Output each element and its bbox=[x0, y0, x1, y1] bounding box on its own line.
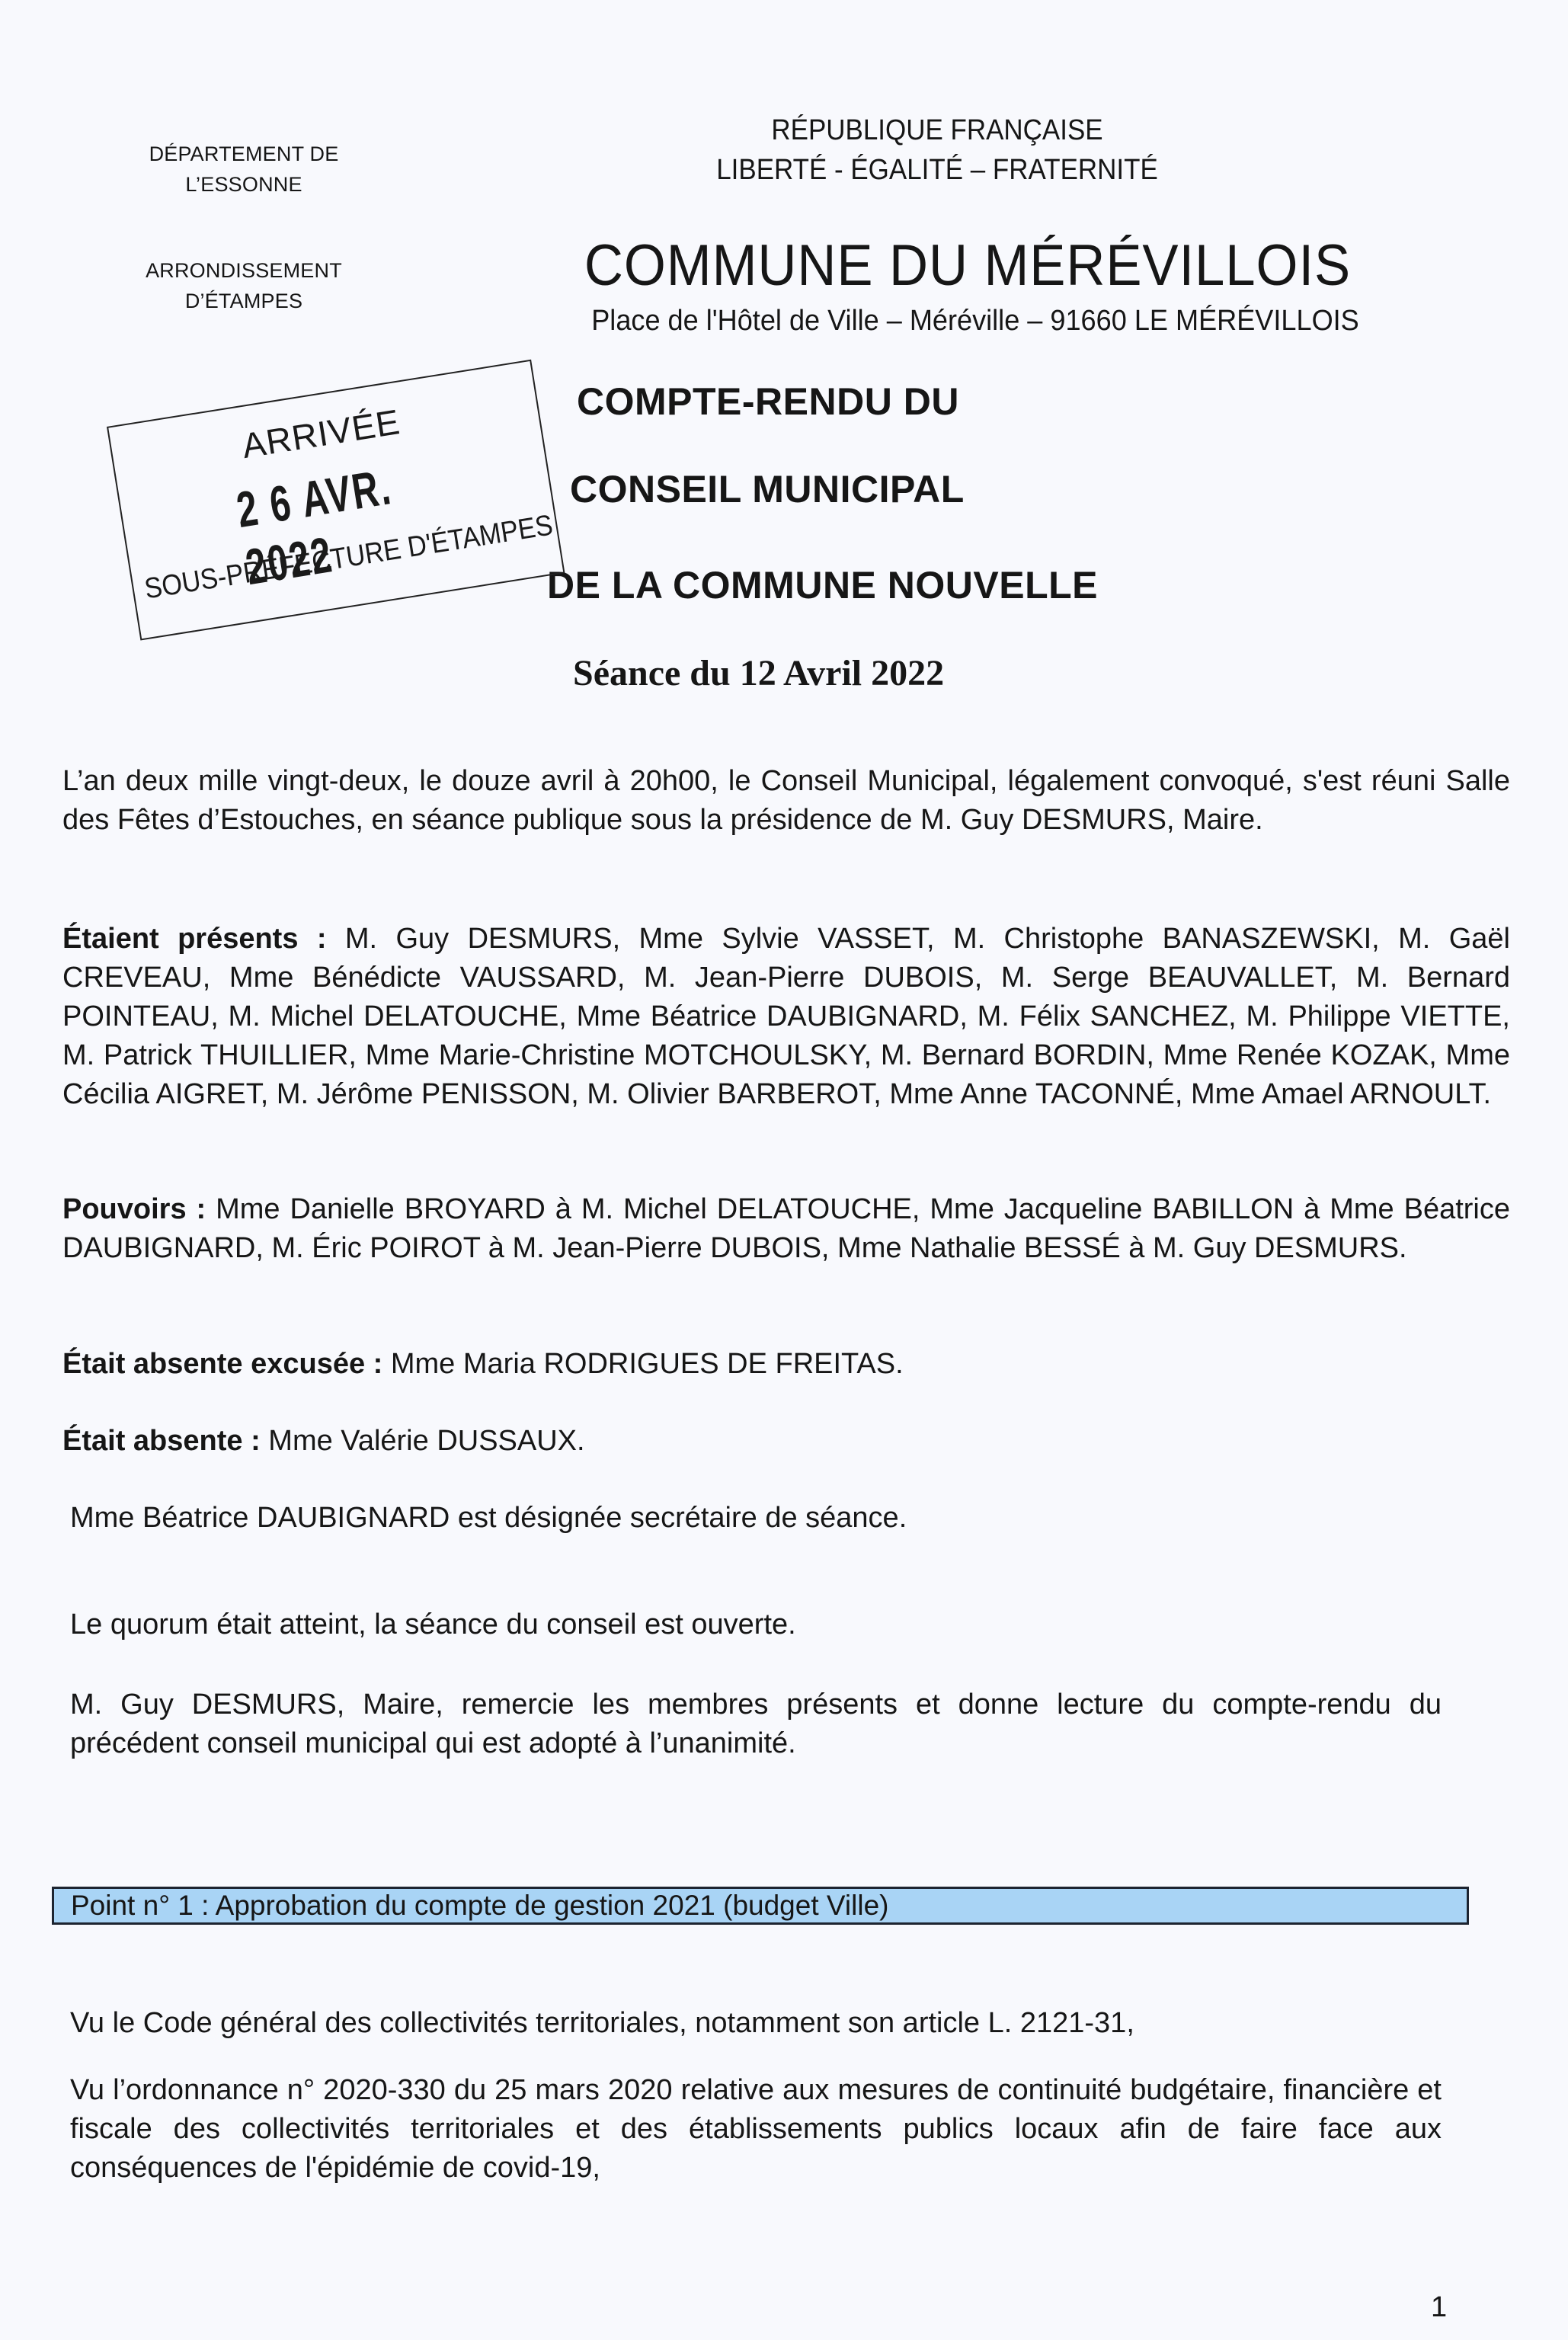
stamp-label: ARRIVÉE bbox=[239, 401, 403, 466]
report-title-line-1: COMPTE-RENDU DU bbox=[577, 379, 959, 424]
proxies-list: Mme Danielle BROYARD à M. Michel DELATOU… bbox=[62, 1193, 1510, 1264]
secretary-paragraph: Mme Béatrice DAUBIGNARD est désignée sec… bbox=[70, 1499, 1518, 1538]
arrondissement-line-2: D’ÉTAMPES bbox=[114, 286, 373, 316]
attendees-label: Étaient présents : bbox=[62, 923, 327, 955]
intro-paragraph: L’an deux mille vingt-deux, le douze avr… bbox=[62, 762, 1510, 840]
republic-heading: RÉPUBLIQUE FRANÇAISE bbox=[650, 113, 1224, 148]
republic-motto: LIBERTÉ - ÉGALITÉ – FRATERNITÉ bbox=[650, 152, 1224, 187]
proxies-label: Pouvoirs : bbox=[62, 1193, 206, 1225]
legal-reference-1: Vu le Code général des collectivités ter… bbox=[70, 2004, 1518, 2043]
report-title-line-2: CONSEIL MUNICIPAL bbox=[570, 466, 965, 512]
page-number: 1 bbox=[1431, 2290, 1447, 2325]
arrondissement-line-1: ARRONDISSEMENT bbox=[114, 255, 373, 286]
legal-reference-2: Vu l’ordonnance n° 2020-330 du 25 mars 2… bbox=[70, 2071, 1442, 2188]
department-label: DÉPARTEMENT DE L’ESSONNE bbox=[114, 139, 373, 200]
excused-absence-paragraph: Était absente excusée : Mme Maria RODRIG… bbox=[62, 1345, 1510, 1384]
excused-absence-label: Était absente excusée : bbox=[62, 1348, 382, 1380]
document-page: DÉPARTEMENT DE L’ESSONNE ARRONDISSEMENT … bbox=[0, 0, 1568, 2340]
absence-name: Mme Valérie DUSSAUX. bbox=[261, 1425, 585, 1457]
agenda-point-1-heading: Point n° 1 : Approbation du compte de ge… bbox=[52, 1887, 1469, 1925]
arrondissement-label: ARRONDISSEMENT D’ÉTAMPES bbox=[114, 255, 373, 316]
session-date: Séance du 12 Avril 2022 bbox=[573, 651, 944, 696]
commune-address: Place de l'Hôtel de Ville – Méréville – … bbox=[520, 303, 1432, 338]
attendees-paragraph: Étaient présents : M. Guy DESMURS, Mme S… bbox=[62, 920, 1510, 1114]
absence-label: Était absente : bbox=[62, 1425, 261, 1457]
proxies-paragraph: Pouvoirs : Mme Danielle BROYARD à M. Mic… bbox=[62, 1190, 1510, 1268]
report-title-line-3: DE LA COMMUNE NOUVELLE bbox=[547, 562, 1098, 608]
mayor-paragraph: M. Guy DESMURS, Maire, remercie les memb… bbox=[70, 1685, 1442, 1763]
quorum-paragraph: Le quorum était atteint, la séance du co… bbox=[70, 1605, 1518, 1644]
absence-paragraph: Était absente : Mme Valérie DUSSAUX. bbox=[62, 1422, 1510, 1461]
department-line-2: L’ESSONNE bbox=[114, 169, 373, 200]
commune-name: COMMUNE DU MÉRÉVILLOIS bbox=[521, 232, 1414, 300]
department-line-1: DÉPARTEMENT DE bbox=[114, 139, 373, 169]
excused-absence-name: Mme Maria RODRIGUES DE FREITAS. bbox=[382, 1348, 903, 1380]
arrival-stamp: ARRIVÉE 2 6 AVR. 2022 SOUS-PRÉFECTURE D'… bbox=[107, 360, 565, 641]
